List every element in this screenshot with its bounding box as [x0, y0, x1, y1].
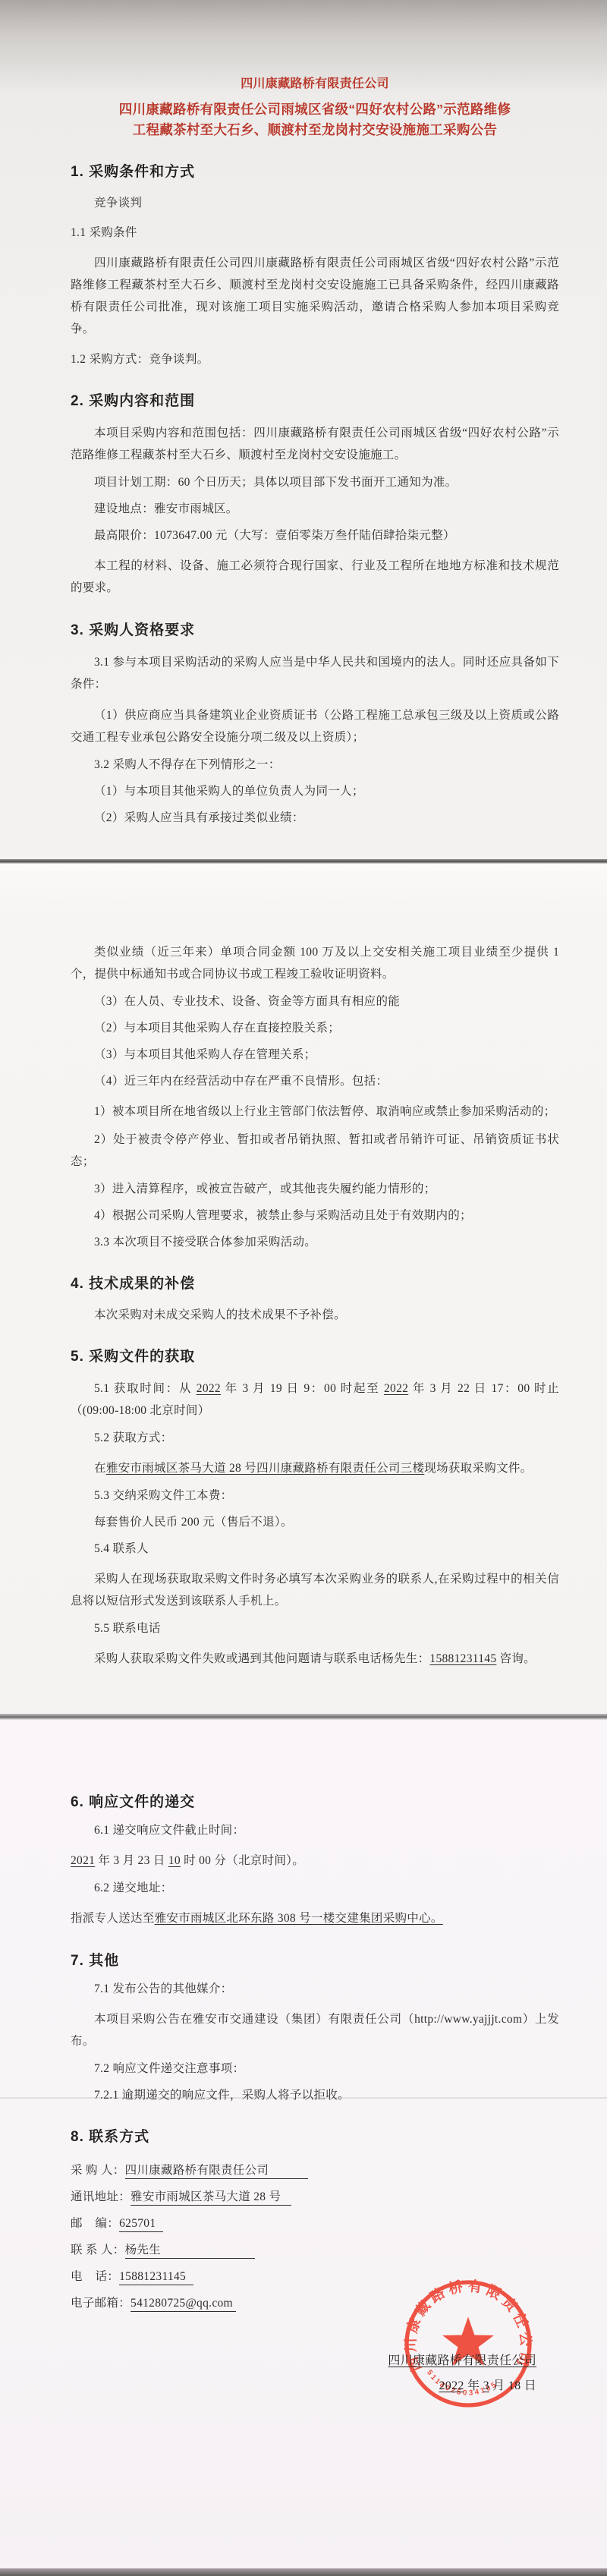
clause-5-4: 5.4 联系人: [71, 1539, 559, 1559]
clause-6-2: 6.2 递交地址：: [71, 1878, 559, 1898]
clause-5-2-body: 在雅安市雨城区茶马大道 28 号四川康藏路桥有限责任公司三楼现场获取采购文件。: [71, 1457, 559, 1479]
document-company-title: 四川康藏路桥有限责任公司: [71, 76, 559, 93]
clause-1-1: 1.1 采购条件: [71, 223, 559, 243]
clause-3-2-item-4: （4）近三年内在经营活动中存在严重不良情形。包括：: [71, 1072, 559, 1091]
signature-company-text: 四川康藏路桥有限责任公司: [388, 2354, 536, 2367]
clause-3-1: 3.1 参与本项目采购活动的采购人应当是中华人民共和国境内的法人。同时还应具备如…: [71, 651, 559, 695]
section-4-heading: 4. 技术成果的补偿: [71, 1273, 559, 1296]
clause-5-4-body: 采购人在现场获取取采购文件时务必填写本次采购业务的联系人,在采购过程中的相关信息…: [71, 1568, 559, 1612]
document-title-line-1: 四川康藏路桥有限责任公司雨城区省级“四好农村公路”示范路维修: [71, 99, 559, 120]
bad-situation-3: 3）进入清算程序，或被宣告破产，或其他丧失履约能力情形的；: [71, 1179, 559, 1199]
clause-3-3: 3.3 本次项目不接受联合体参加采购活动。: [71, 1233, 559, 1252]
clause-3-2-item-1: （1）与本项目其他采购人的单位负责人为同一人；: [71, 782, 559, 801]
bad-situation-1: 1）被本项目所在地省级以上行业主管部门依法暂停、取消响应或禁止参加采购活动的；: [71, 1101, 559, 1123]
section-3-heading: 3. 采购人资格要求: [71, 619, 559, 642]
clause-1-2: 1.2 采购方式：竞争谈判。: [71, 350, 559, 370]
clause-3-2-item-2: （2）采购人应当具有承接过类似业绩：: [71, 808, 559, 828]
clause-5-5: 5.5 联系电话: [71, 1619, 559, 1639]
clause-3-2: 3.2 采购人不得存在下列情形之一：: [71, 755, 559, 775]
clause-6-1: 6.1 递交响应文件截止时间：: [71, 1821, 559, 1841]
contact-value: 杨先生: [125, 2244, 255, 2259]
price-cap-line: 最高限价：1073647.00 元（大写：壹佰零柒万叁仟陆佰肆拾柒元整）: [71, 526, 559, 546]
clause-7-2: 7.2 响应文件递交注意事项：: [71, 2059, 559, 2079]
scan-bottom-edge: [0, 2568, 607, 2576]
contact-label: 采 购 人：: [71, 2164, 125, 2177]
contact-address: 通讯地址：雅安市雨城区茶马大道 28 号: [71, 2187, 559, 2207]
clause-3-2-item-3: （3）与本项目其他采购人存在管理关系；: [71, 1045, 559, 1065]
section-5-heading: 5. 采购文件的获取: [71, 1346, 559, 1368]
clause-3-1-item-3: （3）在人员、专业技术、设备、资金等方面具有相应的能: [71, 992, 559, 1012]
signature-date: 2022 年 3 月 18 日: [71, 2376, 536, 2396]
page-seam: [0, 1714, 607, 1720]
clause-5-3-body: 每套售价人民币 200 元（售后不退）。: [71, 1513, 559, 1532]
contact-value: 541280725@qq.com: [131, 2297, 236, 2312]
section-6-heading: 6. 响应文件的递交: [71, 1791, 559, 1814]
signature-company: 四川康藏路桥有限责任公司: [71, 2351, 536, 2371]
contact-label: 通讯地址：: [71, 2190, 131, 2203]
contact-label: 电 话：: [71, 2270, 119, 2283]
deadline-line: 2021 年 3 月 23 日 10 时 00 分（北京时间）。: [71, 1850, 559, 1872]
document-title: 四川康藏路桥有限责任公司雨城区省级“四好农村公路”示范路维修 工程藏茶村至大石乡…: [71, 99, 559, 140]
schedule-line: 项目计划工期：60 个日历天；具体以项目部下发书面开工通知为准。: [71, 473, 559, 493]
scope-paragraph: 本项目采购内容和范围包括：四川康藏路桥有限责任公司雨城区省级“四好农村公路”示范…: [71, 422, 559, 466]
page-1: 四川康藏路桥有限责任公司 四川康藏路桥有限责任公司雨城区省级“四好农村公路”示范…: [0, 0, 607, 859]
contact-label: 联 系 人：: [71, 2244, 125, 2256]
clause-7-2-1: 7.2.1 逾期递交的响应文件，采购人将予以拒收。: [71, 2086, 559, 2105]
standards-paragraph: 本工程的材料、设备、施工必须符合现行国家、行业及工程所在地地方标准和技术规范的要…: [71, 555, 559, 599]
contact-postcode: 邮 编：625701: [71, 2214, 559, 2234]
location-line: 建设地点：雅安市雨城区。: [71, 499, 559, 519]
clause-5-2: 5.2 获取方式：: [71, 1428, 559, 1448]
clause-5-5-body: 采购人获取采购文件失败或遇到其他问题请与联系电话杨先生：15881231145 …: [71, 1648, 559, 1670]
procurement-method-value: 竞争谈判: [71, 194, 559, 213]
contact-label: 电子邮箱：: [71, 2297, 131, 2310]
delivery-address-line: 指派专人送达至雅安市雨城区北环东路 308 号一楼交建集团采购中心。: [71, 1907, 559, 1929]
clause-5-3: 5.3 交纳采购文件工本费：: [71, 1486, 559, 1506]
contact-label: 邮 编：: [71, 2217, 119, 2230]
section-8-heading: 8. 联系方式: [71, 2126, 559, 2149]
similar-performance-paragraph: 类似业绩（近三年来）单项合同金额 100 万及以上交安相关施工项目业绩至少提供 …: [71, 941, 559, 985]
scanned-document: 四川康藏路桥有限责任公司 四川康藏路桥有限责任公司雨城区省级“四好农村公路”示范…: [0, 0, 607, 2576]
clause-3-1-item-1: （1）供应商应当具备建筑业企业资质证书（公路工程施工总承包三级及以上资质或公路交…: [71, 704, 559, 748]
contact-value: 雅安市雨城区茶马大道 28 号: [131, 2190, 291, 2206]
section-2-heading: 2. 采购内容和范围: [71, 390, 559, 413]
bad-situation-4: 4）根据公司采购人管理要求，被禁止参与采购活动且处于有效期内的；: [71, 1206, 559, 1226]
clause-3-2-item-2b: （2）与本项目其他采购人存在直接控股关系；: [71, 1019, 559, 1038]
bad-situation-2: 2）处于被责令停产停业、暂扣或者吊销执照、暂扣或者吊销许可证、吊销资质证书状态；: [71, 1129, 559, 1173]
contact-value: 四川康藏路桥有限责任公司: [125, 2164, 309, 2179]
scan-crease-line: [0, 2097, 607, 2099]
clause-1-1-body: 四川康藏路桥有限责任公司四川康藏路桥有限责任公司雨城区省级“四好农村公路”示范路…: [71, 252, 559, 340]
signature-block: 四川康藏路桥有限责任公司 2022 年 3 月 18 日: [71, 2351, 536, 2396]
contact-purchaser: 采 购 人：四川康藏路桥有限责任公司: [71, 2161, 559, 2181]
document-title-line-2: 工程藏茶村至大石乡、顺渡村至龙岗村交安设施施工采购公告: [71, 120, 559, 140]
clause-5-1: 5.1 获取时间：从 2022 年 3 月 19 日 9：00 时起至 2022…: [71, 1378, 559, 1422]
contact-value: 625701: [119, 2217, 163, 2232]
page-3: 6. 响应文件的递交 6.1 递交响应文件截止时间： 2021 年 3 月 23…: [0, 1720, 607, 2568]
section-7-heading: 7. 其他: [71, 1950, 559, 1973]
clause-4-body: 本次采购对未成交采购人的技术成果不予补偿。: [71, 1305, 559, 1325]
contact-person: 联 系 人：杨先生: [71, 2241, 559, 2260]
clause-7-1: 7.1 发布公告的其他媒介：: [71, 1979, 559, 1999]
page-2: 类似业绩（近三年来）单项合同金额 100 万及以上交安相关施工项目业绩至少提供 …: [0, 864, 607, 1714]
section-1-heading: 1. 采购条件和方式: [71, 161, 559, 184]
contact-value: 15881231145: [119, 2270, 193, 2285]
clause-7-1-body: 本项目采购公告在雅安市交通建设（集团）有限责任公司（http://www.yaj…: [71, 2008, 559, 2052]
